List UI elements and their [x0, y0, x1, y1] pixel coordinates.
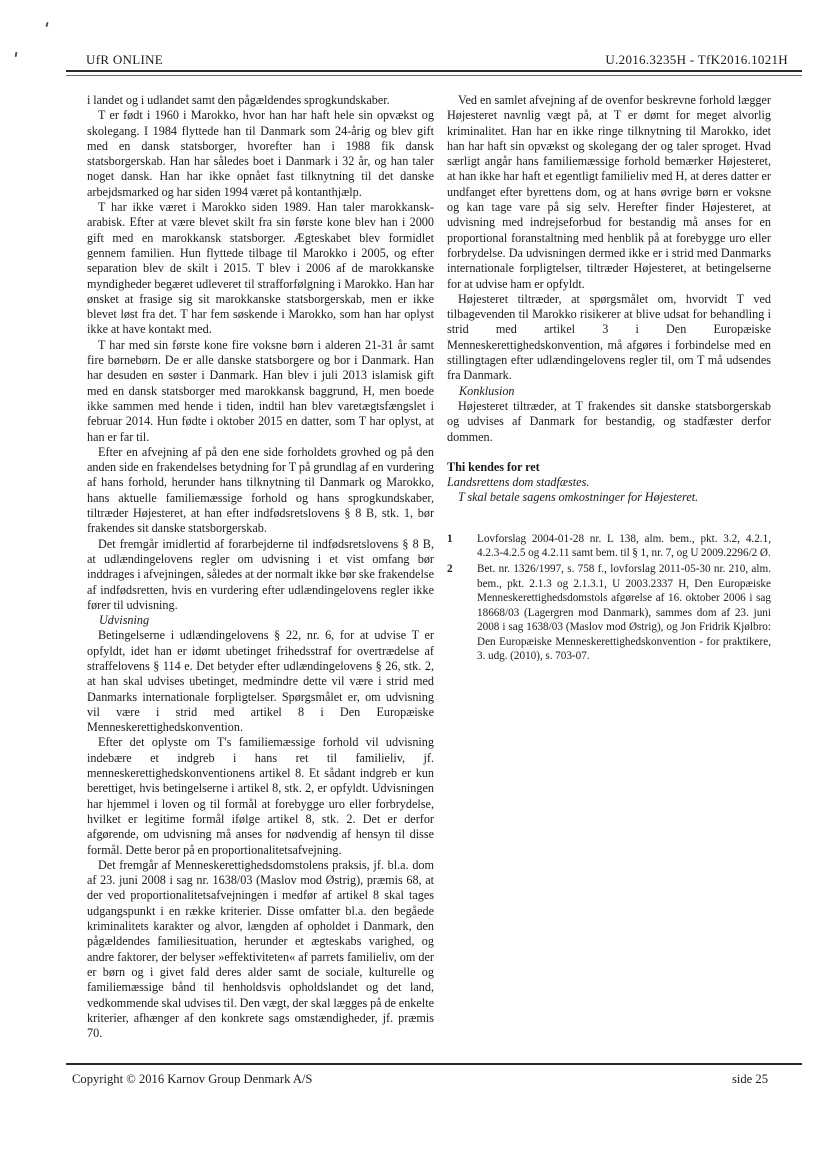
section-heading-konklusion: Konklusion: [447, 384, 771, 399]
document-page: UfR ONLINE U.2016.3235H - TfK2016.1021H …: [0, 0, 828, 1169]
paragraph: T har ikke været i Marokko siden 1989. H…: [87, 200, 434, 338]
footnote: 1 Lovforslag 2004-01-28 nr. L 138, alm. …: [447, 532, 771, 561]
page-footer: Copyright © 2016 Karnov Group Denmark A/…: [72, 1072, 768, 1087]
copyright-notice: Copyright © 2016 Karnov Group Denmark A/…: [72, 1072, 312, 1087]
page-header: UfR ONLINE U.2016.3235H - TfK2016.1021H: [86, 52, 788, 68]
paragraph: T er født i 1960 i Marokko, hvor han har…: [87, 108, 434, 200]
ruling-line: Landsrettens dom stadfæstes.: [447, 475, 771, 490]
ruling-heading: Thi kendes for ret: [447, 460, 771, 475]
footnote: 2 Bet. nr. 1326/1997, s. 758 f., lovfors…: [447, 562, 771, 664]
column-left: i landet og i udlandet samt den pågælden…: [87, 93, 434, 1065]
header-rule: [66, 70, 802, 76]
ruling-section: Thi kendes for ret Landsrettens dom stad…: [447, 460, 771, 506]
paragraph: Det fremgår imidlertid af forarbejderne …: [87, 537, 434, 613]
footnote-text: Lovforslag 2004-01-28 nr. L 138, alm. be…: [477, 532, 771, 561]
case-reference: U.2016.3235H - TfK2016.1021H: [605, 52, 788, 68]
footnote-number: 1: [447, 532, 477, 561]
page-number: side 25: [732, 1072, 768, 1087]
paragraph: Efter en afvejning af på den ene side fo…: [87, 445, 434, 537]
paragraph: Det fremgår af Menneskerettighedsdomstol…: [87, 858, 434, 1042]
journal-title: UfR ONLINE: [86, 52, 163, 68]
column-right: Ved en samlet afvejning af de ovenfor be…: [447, 93, 771, 1065]
footnotes-section: 1 Lovforslag 2004-01-28 nr. L 138, alm. …: [447, 532, 771, 664]
footnote-text: Bet. nr. 1326/1997, s. 758 f., lovforsla…: [477, 562, 771, 664]
section-heading-udvisning: Udvisning: [87, 613, 434, 628]
footer-rule: [66, 1063, 802, 1067]
paragraph: Ved en samlet afvejning af de ovenfor be…: [447, 93, 771, 292]
scan-artifact: [45, 22, 48, 27]
footnote-number: 2: [447, 562, 477, 664]
ruling-line: T skal betale sagens omkostninger for Hø…: [447, 490, 771, 505]
paragraph: i landet og i udlandet samt den pågælden…: [87, 93, 434, 108]
body-columns: i landet og i udlandet samt den pågælden…: [87, 93, 771, 1065]
paragraph: Højesteret tiltræder, at spørgsmålet om,…: [447, 292, 771, 384]
paragraph: Efter det oplyste om T's familiemæssige …: [87, 735, 434, 857]
paragraph: T har med sin første kone fire voksne bø…: [87, 338, 434, 445]
paragraph: Betingelserne i udlændingelovens § 22, n…: [87, 628, 434, 735]
scan-artifact: [15, 52, 18, 57]
paragraph: Højesteret tiltræder, at T frakendes sit…: [447, 399, 771, 445]
